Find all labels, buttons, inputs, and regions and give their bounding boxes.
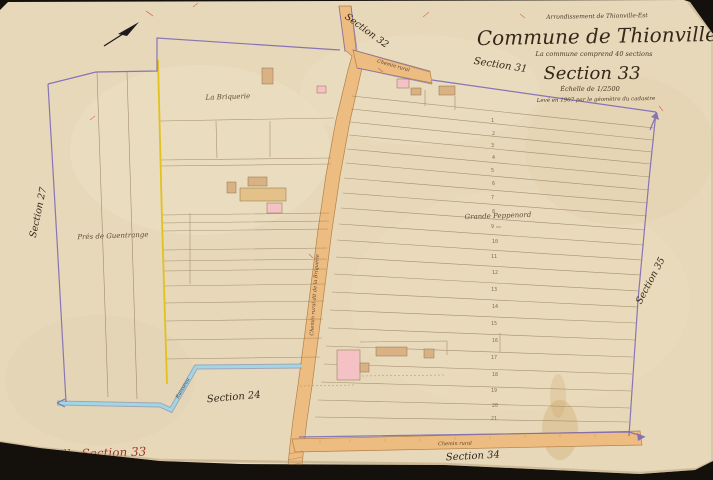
building xyxy=(240,188,286,201)
parcel-number: 11 xyxy=(491,254,497,260)
parcel-number: 1 xyxy=(491,118,494,124)
stain xyxy=(550,374,566,418)
parcel-number: 15 xyxy=(491,321,497,327)
parcel-number: 17 xyxy=(491,355,497,361)
building xyxy=(337,350,360,380)
parcel-number: 2 xyxy=(492,131,495,137)
building xyxy=(397,79,409,88)
building xyxy=(227,182,236,193)
building xyxy=(267,203,282,213)
parcel-number: 13 xyxy=(491,287,497,293)
building xyxy=(376,347,407,356)
parcel-number: 9 xyxy=(491,224,494,230)
header-section-title: Section 33 xyxy=(543,63,640,84)
parcel-number: 16 xyxy=(492,338,498,344)
header-subtitle: La commune comprend 40 sections xyxy=(535,50,654,58)
parcel-number: 4 xyxy=(492,155,495,161)
label-la-briquerie: La Briquerie xyxy=(204,92,250,102)
parcel-number: 5 xyxy=(491,168,494,174)
parcel-number: 18 xyxy=(492,372,498,378)
header-scale: Échelle de 1/2500 xyxy=(559,84,619,93)
parcel-number: 10 xyxy=(492,239,498,245)
parcel-number: 8 xyxy=(492,209,495,215)
building xyxy=(317,86,326,93)
building xyxy=(360,363,369,372)
parcel-number: 14 xyxy=(492,304,498,310)
paper-sheet: Arrondissement de Thionville-Est Commune… xyxy=(0,0,713,480)
building xyxy=(248,177,267,186)
building xyxy=(424,349,434,358)
parcel-number: 21 xyxy=(491,416,497,422)
parcel-number: 12 xyxy=(492,270,498,276)
scanned-map-photo: Arrondissement de Thionville-Est Commune… xyxy=(0,0,713,480)
label-road-bottom: Chemin rural xyxy=(438,441,472,448)
parcel-number: 19 xyxy=(491,388,497,394)
parcel-number: 3 xyxy=(491,143,494,149)
building xyxy=(411,88,421,95)
header-commune: Commune de Thionville xyxy=(477,22,713,50)
map-canvas: Arrondissement de Thionville-Est Commune… xyxy=(0,0,713,480)
building xyxy=(262,68,273,84)
building xyxy=(439,86,455,95)
parcel-number: 7 xyxy=(491,195,494,201)
parcel-number: 20 xyxy=(492,403,498,409)
parcel-number: 6 xyxy=(492,181,495,187)
